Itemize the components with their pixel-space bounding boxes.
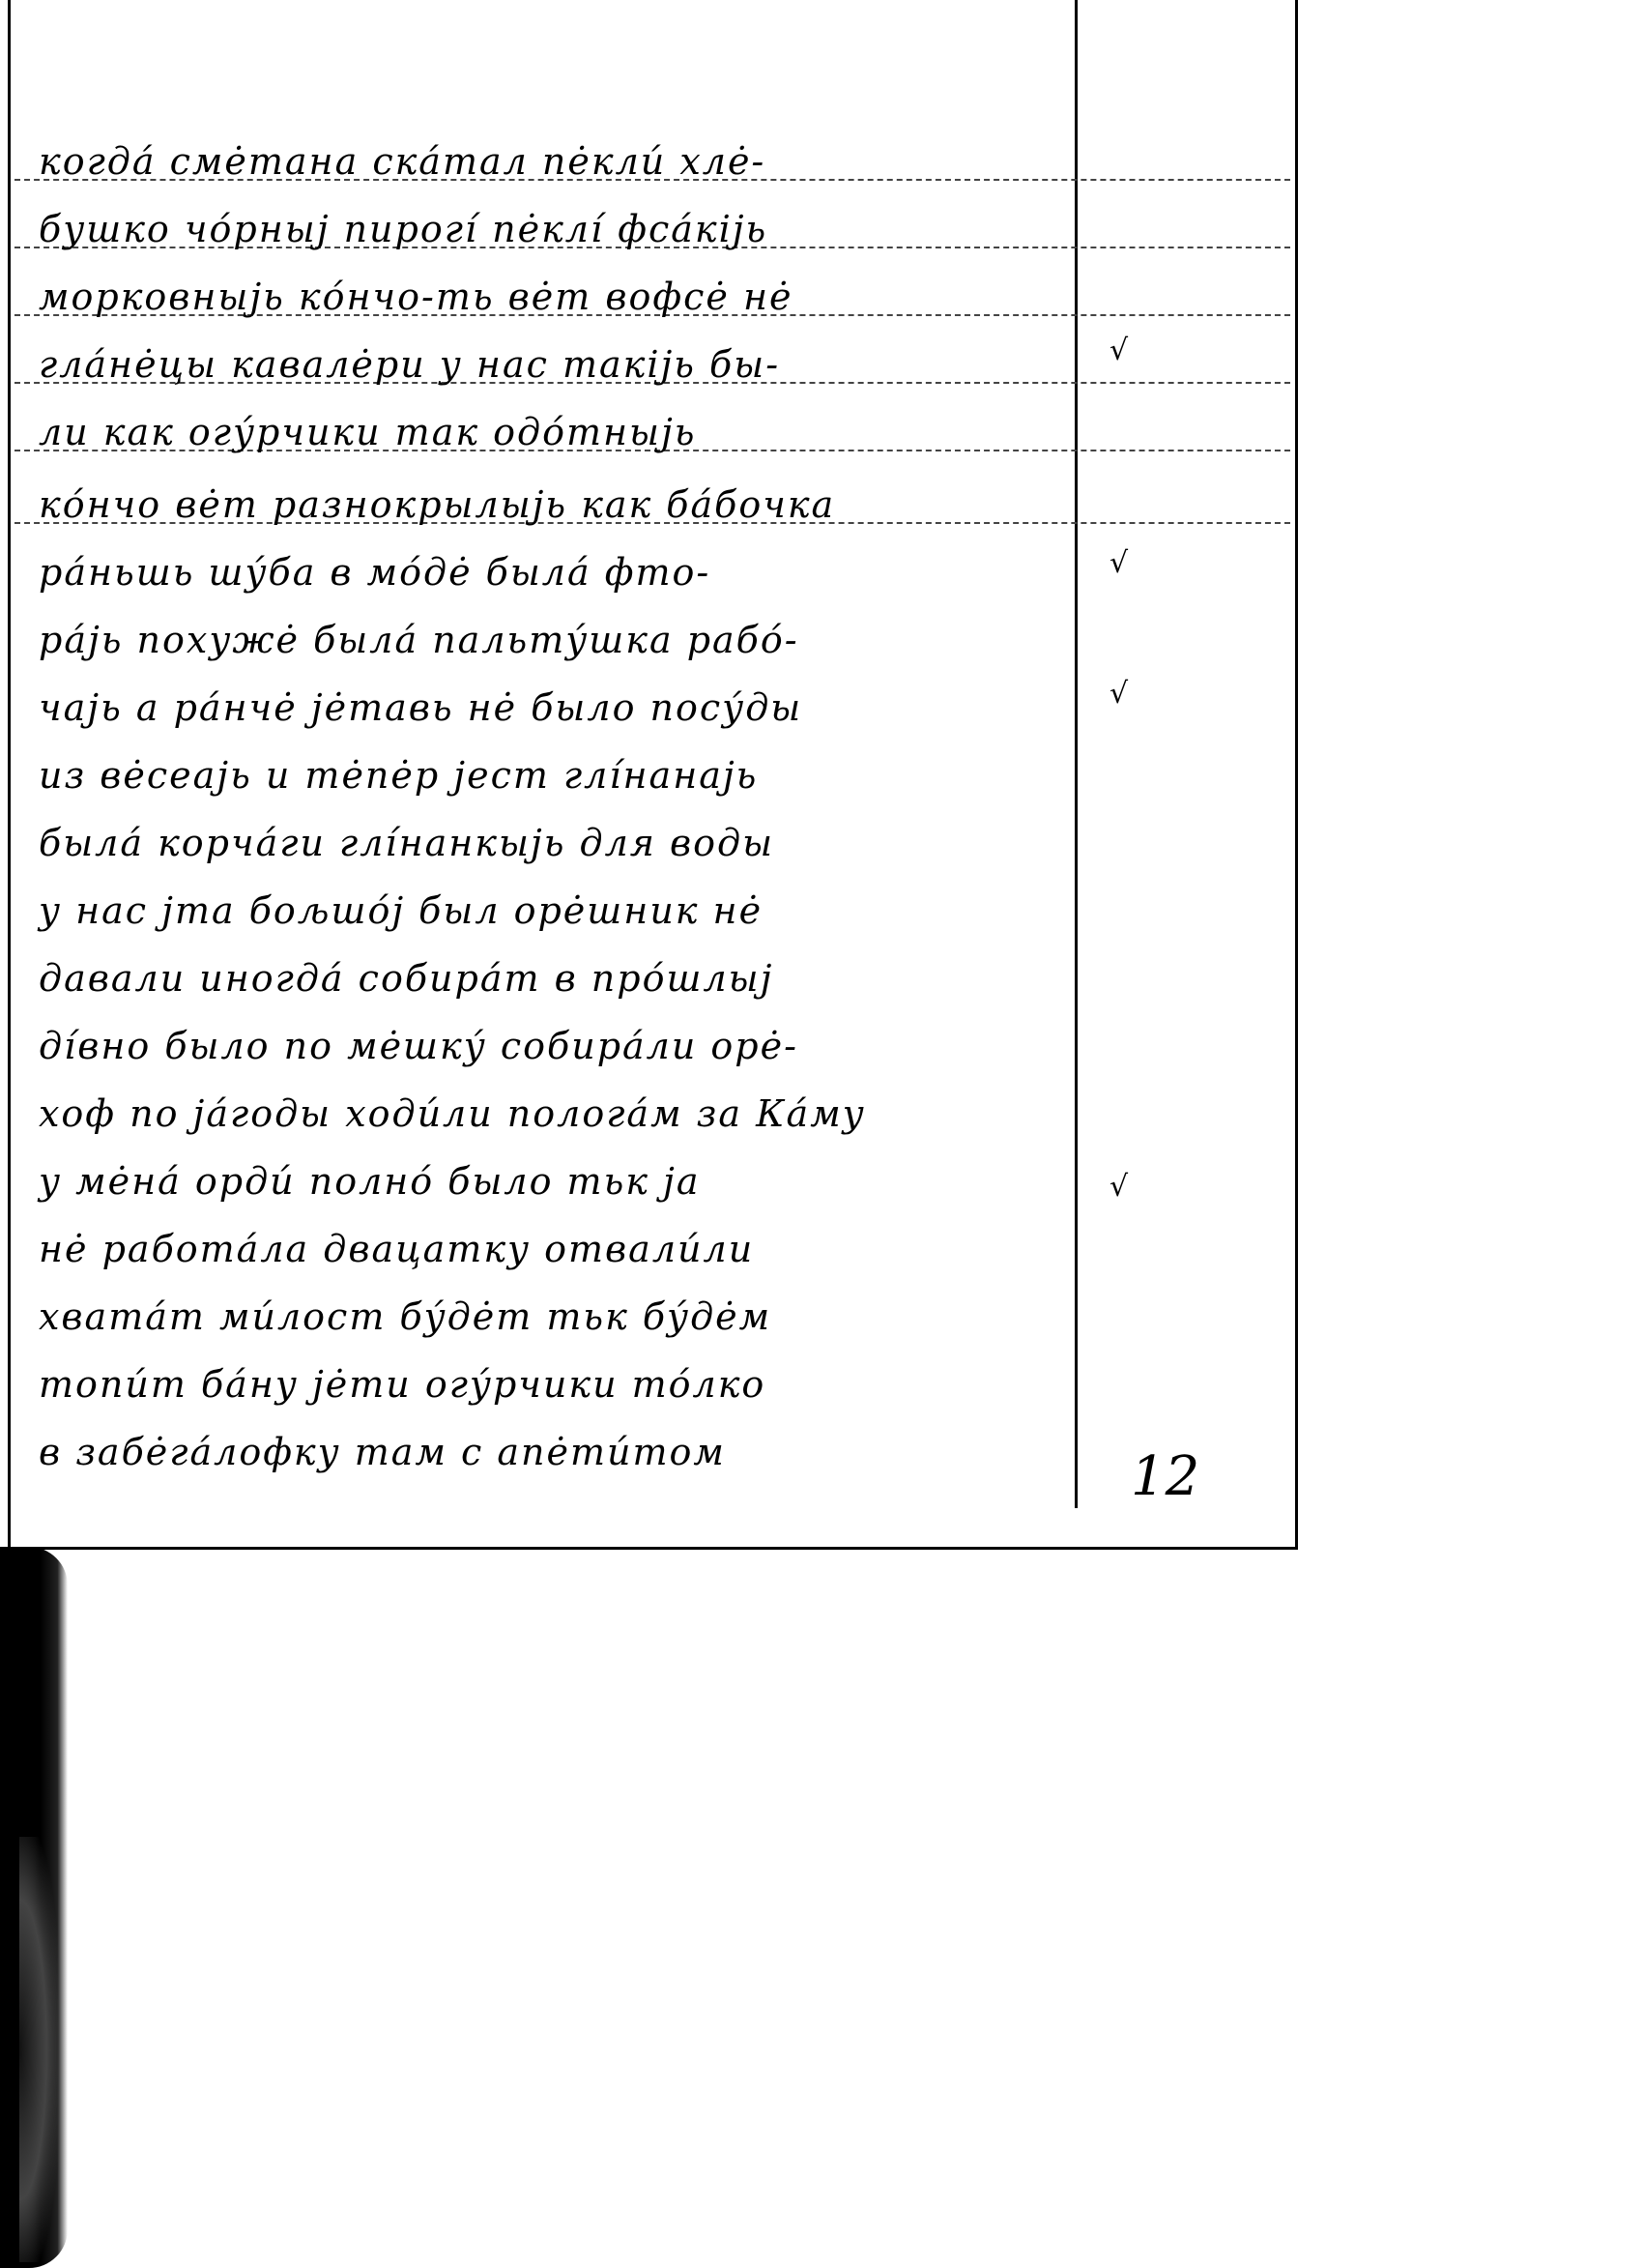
handwritten-line-20: в забе̇га́лофку там с апе̇ти́том: [39, 1431, 1082, 1489]
notebook-page: когда́ сме̇тана ска́тал пе̇кли́ хле̇- бу…: [0, 0, 1298, 1550]
handwritten-line-11: была́ корча́ги глі́нанкыјь для воды: [39, 822, 1082, 880]
handwritten-line-13: давали иногда́ собира́т в про́шлыј: [39, 957, 1082, 1015]
handwritten-line-17: не̇ работа́ла двацатку отвали́ли: [39, 1228, 1082, 1286]
handwritten-line-15: хоф по ја́годы ходи́ли полога́м за Ка́му: [39, 1092, 1082, 1150]
handwritten-line-2: бушко чо́рныј пирогі́ пе̇клі́ фса́кіјь: [39, 208, 1082, 266]
handwritten-line-3: морковныјь ко́нчо-ть ве̇т вофсе̇ не̇: [39, 276, 1082, 334]
margin-checkmark: √: [1110, 677, 1128, 711]
handwritten-line-18: хвата́т ми́лост бу́де̇т тьк бу́де̇м: [39, 1295, 1082, 1353]
scan-shadow-fade: [19, 1837, 58, 2262]
handwritten-line-1: когда́ сме̇тана ска́тал пе̇кли́ хле̇-: [39, 140, 1082, 198]
handwritten-line-8: ра́јь похуже̇ была́ пальту́шка рабо́-: [39, 619, 1082, 677]
handwritten-line-16: у ме̇на́ орди́ полно́ было тьк ја: [39, 1160, 1082, 1218]
handwritten-line-12: у нас јта бољшо́ј был оре̇шник не̇: [39, 889, 1082, 947]
handwritten-line-4: гла́не̇цы кавале̇ри у нас такіјь бы-: [39, 343, 1082, 401]
handwritten-line-7: ра́ньшь шу́ба в мо́де̇ была́ фто-: [39, 551, 1082, 609]
page-number: 12: [1131, 1445, 1199, 1508]
handwritten-line-19: топи́т ба́ну је̇ти огу́рчики то́лко: [39, 1363, 1082, 1421]
margin-checkmark: √: [1110, 546, 1128, 580]
handwritten-line-10: из ве̇сеајь и те̇пе̇р јест глі́нанајь: [39, 754, 1082, 812]
page-left-edge: [8, 0, 11, 1547]
handwritten-line-6: ко́нчо ве̇т разнокрылыјь как ба́бочка: [39, 483, 1082, 541]
handwritten-line-9: чајь а ра́нче̇ је̇тавь не̇ было посу́ды: [39, 686, 1082, 744]
handwritten-line-5: ли как огу́рчики так одо́тныјь: [39, 411, 1082, 469]
handwritten-line-14: ді́вно было по ме̇шку́ собира́ли оре̇-: [39, 1025, 1082, 1083]
margin-checkmark: √: [1110, 1170, 1128, 1204]
margin-checkmark: √: [1110, 334, 1128, 367]
